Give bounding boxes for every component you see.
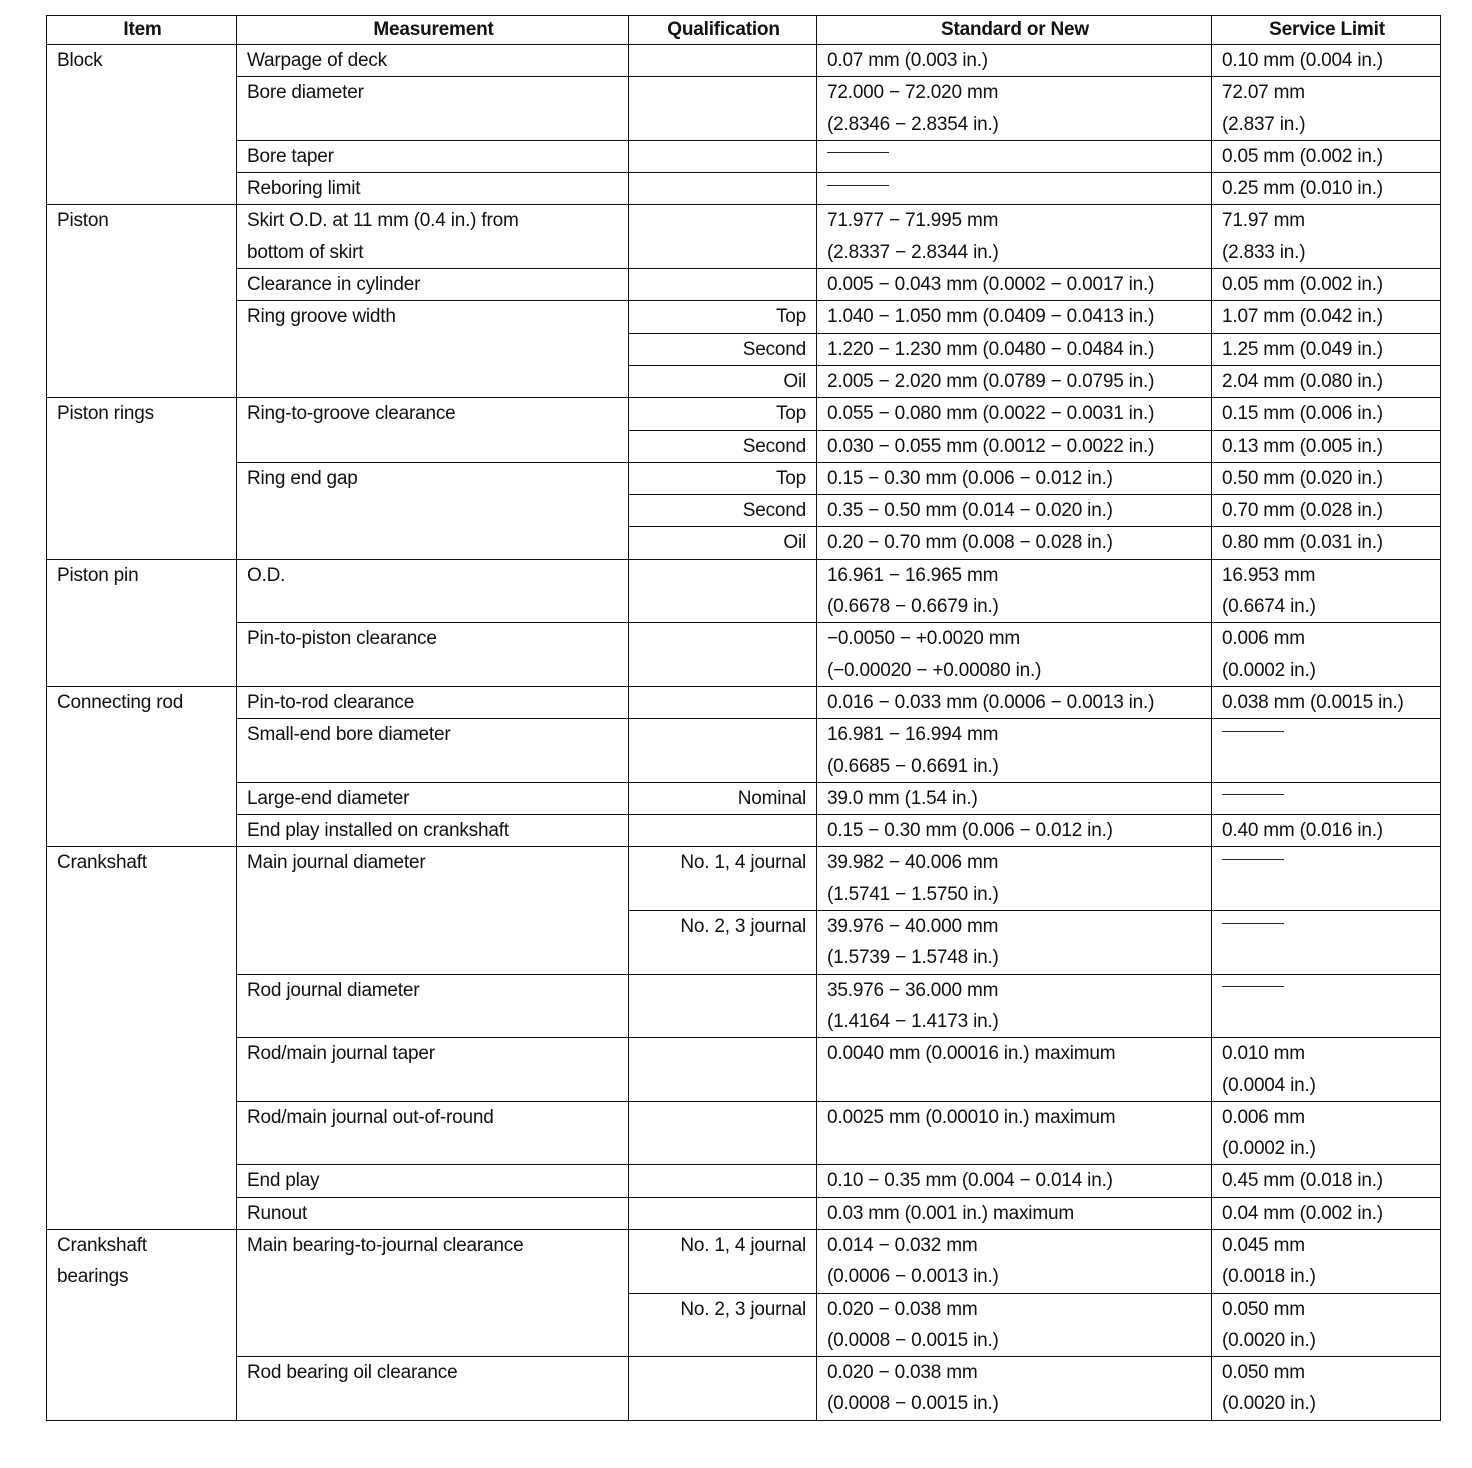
standard-value: 39.982 − 40.006 mm: [827, 847, 1203, 878]
qualification-cell: [629, 1038, 817, 1102]
service-limit-value: 0.050 mm: [1222, 1357, 1432, 1388]
qualification-cell: [629, 1101, 817, 1165]
qualification-cell: [629, 686, 817, 718]
standard-value: 0.030 − 0.055 mm (0.0012 − 0.0022 in.): [827, 431, 1203, 462]
not-applicable-dash: [827, 152, 889, 153]
standard-value: 35.976 − 36.000 mm: [827, 975, 1203, 1006]
measurement-cell: Runout: [237, 1197, 629, 1229]
measurement-label: Ring end gap: [247, 463, 620, 494]
standard-value: 16.961 − 16.965 mm: [827, 560, 1203, 591]
service-limit-cell: 0.10 mm (0.004 in.): [1212, 45, 1441, 77]
standard-value: 0.20 − 0.70 mm (0.008 − 0.028 in.): [827, 527, 1203, 558]
qualification-cell: [629, 1165, 817, 1197]
service-limit-value: 0.13 mm (0.005 in.): [1222, 431, 1432, 462]
measurement-cell: Clearance in cylinder: [237, 269, 629, 301]
qualification-label: [639, 687, 806, 718]
service-limit-value: 0.70 mm (0.028 in.): [1222, 495, 1432, 526]
standard-value: 0.0040 mm (0.00016 in.) maximum: [827, 1038, 1203, 1069]
qualification-cell: [629, 1197, 817, 1229]
qualification-label: [639, 815, 806, 846]
service-limit-value: 72.07 mm: [1222, 77, 1432, 108]
service-limit-value: (0.0018 in.): [1222, 1261, 1432, 1292]
measurement-cell: Rod bearing oil clearance: [237, 1357, 629, 1421]
service-limit-cell: [1212, 719, 1441, 783]
qualification-cell: No. 2, 3 journal: [629, 1293, 817, 1357]
standard-value: 0.15 − 0.30 mm (0.006 − 0.012 in.): [827, 463, 1203, 494]
qualification-cell: Second: [629, 333, 817, 365]
service-limit-cell: 0.80 mm (0.031 in.): [1212, 527, 1441, 559]
standard-value: (2.8337 − 2.8344 in.): [827, 237, 1203, 268]
measurement-cell: Skirt O.D. at 11 mm (0.4 in.) frombottom…: [237, 205, 629, 269]
service-limit-value: 0.25 mm (0.010 in.): [1222, 173, 1432, 204]
table-row: Pin-to-piston clearance−0.0050 − +0.0020…: [47, 623, 1441, 687]
measurement-cell: O.D.: [237, 559, 629, 623]
item-cell: Connecting rod: [47, 686, 237, 846]
standard-value: [827, 173, 1203, 204]
measurement-label: Skirt O.D. at 11 mm (0.4 in.) from: [247, 205, 620, 236]
service-limit-cell: 0.13 mm (0.005 in.): [1212, 430, 1441, 462]
standard-value-cell: [817, 140, 1212, 172]
measurement-label: Main bearing-to-journal clearance: [247, 1230, 620, 1261]
qualification-cell: [629, 559, 817, 623]
service-limit-value: 0.05 mm (0.002 in.): [1222, 141, 1432, 172]
measurement-cell: Bore taper: [237, 140, 629, 172]
measurement-cell: Ring-to-groove clearance: [237, 398, 629, 463]
not-applicable-dash: [1222, 794, 1284, 795]
service-limit-value: 0.050 mm: [1222, 1294, 1432, 1325]
measurement-label: Rod journal diameter: [247, 975, 620, 1006]
table-row: End play installed on crankshaft0.15 − 0…: [47, 815, 1441, 847]
measurement-label: Main journal diameter: [247, 847, 620, 878]
standard-value-cell: 72.000 − 72.020 mm(2.8346 − 2.8354 in.): [817, 77, 1212, 141]
table-row: BlockWarpage of deck0.07 mm (0.003 in.)0…: [47, 45, 1441, 77]
qualification-cell: [629, 77, 817, 141]
standard-value-cell: 0.35 − 0.50 mm (0.014 − 0.020 in.): [817, 495, 1212, 527]
qualification-label: Top: [639, 301, 806, 332]
qualification-cell: Second: [629, 495, 817, 527]
service-limit-value: 16.953 mm: [1222, 560, 1432, 591]
service-limit-cell: 71.97 mm(2.833 in.): [1212, 205, 1441, 269]
measurement-cell: End play: [237, 1165, 629, 1197]
not-applicable-dash: [1222, 986, 1284, 987]
standard-value: 0.016 − 0.033 mm (0.0006 − 0.0013 in.): [827, 687, 1203, 718]
not-applicable-dash: [1222, 859, 1284, 860]
service-limit-value: (2.833 in.): [1222, 237, 1432, 268]
qualification-label: No. 2, 3 journal: [639, 911, 806, 942]
qualification-label: [639, 45, 806, 76]
standard-value-cell: 0.03 mm (0.001 in.) maximum: [817, 1197, 1212, 1229]
measurement-cell: Pin-to-rod clearance: [237, 686, 629, 718]
measurement-cell: Bore diameter: [237, 77, 629, 141]
qualification-cell: No. 1, 4 journal: [629, 847, 817, 911]
standard-value-cell: 39.0 mm (1.54 in.): [817, 782, 1212, 814]
header-service-limit: Service Limit: [1212, 16, 1441, 45]
standard-value-cell: 16.961 − 16.965 mm(0.6678 − 0.6679 in.): [817, 559, 1212, 623]
qualification-label: [639, 1165, 806, 1196]
standard-value-cell: 0.10 − 0.35 mm (0.004 − 0.014 in.): [817, 1165, 1212, 1197]
measurement-cell: Ring end gap: [237, 462, 629, 559]
item-label: Connecting rod: [57, 687, 228, 718]
service-limit-value: (0.0020 in.): [1222, 1388, 1432, 1419]
service-limit-value: (0.6674 in.): [1222, 591, 1432, 622]
standard-value-cell: 35.976 − 36.000 mm(1.4164 − 1.4173 in.): [817, 974, 1212, 1038]
not-applicable-dash: [827, 185, 889, 186]
table-row: End play0.10 − 0.35 mm (0.004 − 0.014 in…: [47, 1165, 1441, 1197]
measurement-cell: Reboring limit: [237, 173, 629, 205]
qualification-cell: [629, 719, 817, 783]
table-row: Rod bearing oil clearance0.020 − 0.038 m…: [47, 1357, 1441, 1421]
table-row: CrankshaftbearingsMain bearing-to-journa…: [47, 1229, 1441, 1293]
qualification-cell: Top: [629, 398, 817, 430]
service-limit-cell: 0.40 mm (0.016 in.): [1212, 815, 1441, 847]
qualification-cell: Oil: [629, 527, 817, 559]
table-row: Runout0.03 mm (0.001 in.) maximum0.04 mm…: [47, 1197, 1441, 1229]
standard-value-cell: 0.020 − 0.038 mm(0.0008 − 0.0015 in.): [817, 1357, 1212, 1421]
service-limit-cell: 72.07 mm(2.837 in.): [1212, 77, 1441, 141]
header-row: Item Measurement Qualification Standard …: [47, 16, 1441, 45]
qualification-cell: [629, 1357, 817, 1421]
standard-value: [827, 1070, 1203, 1101]
service-limit-value: [1222, 911, 1432, 942]
service-limit-cell: 1.07 mm (0.042 in.): [1212, 301, 1441, 333]
measurement-cell: Ring groove width: [237, 301, 629, 398]
qualification-label: [639, 560, 806, 591]
measurement-label: Bore diameter: [247, 77, 620, 108]
qualification-cell: [629, 974, 817, 1038]
standard-value: 72.000 − 72.020 mm: [827, 77, 1203, 108]
table-row: CrankshaftMain journal diameterNo. 1, 4 …: [47, 847, 1441, 911]
service-limit-value: [1222, 942, 1432, 973]
service-limit-value: (0.0004 in.): [1222, 1070, 1432, 1101]
qualification-label: No. 2, 3 journal: [639, 1294, 806, 1325]
service-limit-value: [1222, 847, 1432, 878]
standard-value: (0.0006 − 0.0013 in.): [827, 1261, 1203, 1292]
header-measurement: Measurement: [237, 16, 629, 45]
standard-value-cell: 39.976 − 40.000 mm(1.5739 − 1.5748 in.): [817, 911, 1212, 975]
standard-value: 0.35 − 0.50 mm (0.014 − 0.020 in.): [827, 495, 1203, 526]
standard-value: 71.977 − 71.995 mm: [827, 205, 1203, 236]
standard-value-cell: 0.15 − 0.30 mm (0.006 − 0.012 in.): [817, 462, 1212, 494]
qualification-label: [639, 975, 806, 1006]
standard-value-cell: 0.055 − 0.080 mm (0.0022 − 0.0031 in.): [817, 398, 1212, 430]
table-row: Small-end bore diameter16.981 − 16.994 m…: [47, 719, 1441, 783]
qualification-label: No. 1, 4 journal: [639, 1230, 806, 1261]
qualification-cell: No. 2, 3 journal: [629, 911, 817, 975]
measurement-cell: Small-end bore diameter: [237, 719, 629, 783]
standard-value: [827, 1133, 1203, 1164]
service-limit-cell: 0.25 mm (0.010 in.): [1212, 173, 1441, 205]
standard-value-cell: 1.220 − 1.230 mm (0.0480 − 0.0484 in.): [817, 333, 1212, 365]
standard-value: 0.10 − 0.35 mm (0.004 − 0.014 in.): [827, 1165, 1203, 1196]
measurement-cell: End play installed on crankshaft: [237, 815, 629, 847]
qualification-label: No. 1, 4 journal: [639, 847, 806, 878]
qualification-cell: [629, 140, 817, 172]
service-limit-cell: 0.45 mm (0.018 in.): [1212, 1165, 1441, 1197]
standard-value-cell: 39.982 − 40.006 mm(1.5741 − 1.5750 in.): [817, 847, 1212, 911]
standard-value: 0.15 − 0.30 mm (0.006 − 0.012 in.): [827, 815, 1203, 846]
not-applicable-dash: [1222, 731, 1284, 732]
service-limit-cell: 0.038 mm (0.0015 in.): [1212, 686, 1441, 718]
table-row: Ring end gapTop0.15 − 0.30 mm (0.006 − 0…: [47, 462, 1441, 494]
service-limit-cell: 16.953 mm(0.6674 in.): [1212, 559, 1441, 623]
service-limit-value: 0.05 mm (0.002 in.): [1222, 269, 1432, 300]
service-limit-value: 2.04 mm (0.080 in.): [1222, 366, 1432, 397]
standard-value-cell: 0.20 − 0.70 mm (0.008 − 0.028 in.): [817, 527, 1212, 559]
table-row: Piston pinO.D.16.961 − 16.965 mm(0.6678 …: [47, 559, 1441, 623]
service-limit-cell: 0.006 mm(0.0002 in.): [1212, 1101, 1441, 1165]
qualification-label: Top: [639, 398, 806, 429]
qualification-cell: [629, 623, 817, 687]
item-cell: Crankshaftbearings: [47, 1229, 237, 1420]
qualification-label: [639, 1038, 806, 1069]
service-limit-value: 0.04 mm (0.002 in.): [1222, 1198, 1432, 1229]
standard-value-cell: −0.0050 − +0.0020 mm(−0.00020 − +0.00080…: [817, 623, 1212, 687]
standard-value: 2.005 − 2.020 mm (0.0789 − 0.0795 in.): [827, 366, 1203, 397]
header-qualification: Qualification: [629, 16, 817, 45]
service-limit-value: (0.0002 in.): [1222, 655, 1432, 686]
service-limit-cell: 0.05 mm (0.002 in.): [1212, 140, 1441, 172]
standard-value: [827, 141, 1203, 172]
standard-value: 0.055 − 0.080 mm (0.0022 − 0.0031 in.): [827, 398, 1203, 429]
service-limit-cell: 0.04 mm (0.002 in.): [1212, 1197, 1441, 1229]
table-row: Large-end diameterNominal39.0 mm (1.54 i…: [47, 782, 1441, 814]
table-row: PistonSkirt O.D. at 11 mm (0.4 in.) from…: [47, 205, 1441, 269]
measurement-label: Ring groove width: [247, 301, 620, 332]
qualification-cell: [629, 815, 817, 847]
standard-value-cell: 0.030 − 0.055 mm (0.0012 − 0.0022 in.): [817, 430, 1212, 462]
service-limit-value: 0.80 mm (0.031 in.): [1222, 527, 1432, 558]
qualification-cell: [629, 269, 817, 301]
table-row: Clearance in cylinder0.005 − 0.043 mm (0…: [47, 269, 1441, 301]
table-row: Connecting rodPin-to-rod clearance0.016 …: [47, 686, 1441, 718]
item-cell: Piston pin: [47, 559, 237, 686]
service-limit-cell: [1212, 782, 1441, 814]
standard-value: 0.020 − 0.038 mm: [827, 1294, 1203, 1325]
table-row: Reboring limit0.25 mm (0.010 in.): [47, 173, 1441, 205]
standard-value-cell: 0.014 − 0.032 mm(0.0006 − 0.0013 in.): [817, 1229, 1212, 1293]
table-row: Bore taper0.05 mm (0.002 in.): [47, 140, 1441, 172]
service-limit-value: [1222, 879, 1432, 910]
standard-value-cell: 1.040 − 1.050 mm (0.0409 − 0.0413 in.): [817, 301, 1212, 333]
qualification-label: Second: [639, 431, 806, 462]
standard-value: 1.040 − 1.050 mm (0.0409 − 0.0413 in.): [827, 301, 1203, 332]
service-limit-value: 1.07 mm (0.042 in.): [1222, 301, 1432, 332]
item-label: Crankshaft: [57, 1230, 228, 1261]
qualification-label: Second: [639, 334, 806, 365]
measurement-label: Warpage of deck: [247, 45, 620, 76]
service-limit-value: 0.006 mm: [1222, 623, 1432, 654]
item-cell: Piston rings: [47, 398, 237, 559]
standard-value-cell: [817, 173, 1212, 205]
service-limit-cell: 0.006 mm(0.0002 in.): [1212, 623, 1441, 687]
measurement-label: Ring-to-groove clearance: [247, 398, 620, 429]
service-limit-value: [1222, 751, 1432, 782]
service-limit-value: 0.038 mm (0.0015 in.): [1222, 687, 1432, 718]
qualification-label: [639, 173, 806, 204]
service-limit-value: 71.97 mm: [1222, 205, 1432, 236]
service-limit-value: (0.0020 in.): [1222, 1325, 1432, 1356]
item-label: Piston pin: [57, 560, 228, 591]
standard-value: 0.07 mm (0.003 in.): [827, 45, 1203, 76]
measurement-label: Runout: [247, 1198, 620, 1229]
measurement-cell: Warpage of deck: [237, 45, 629, 77]
qualification-label: [639, 269, 806, 300]
qualification-label: Oil: [639, 527, 806, 558]
qualification-cell: [629, 45, 817, 77]
qualification-label: [639, 1357, 806, 1388]
measurement-label: bottom of skirt: [247, 237, 620, 268]
service-limit-cell: [1212, 911, 1441, 975]
item-label: Crankshaft: [57, 847, 228, 878]
qualification-cell: Top: [629, 301, 817, 333]
qualification-cell: No. 1, 4 journal: [629, 1229, 817, 1293]
table-row: Ring groove widthTop1.040 − 1.050 mm (0.…: [47, 301, 1441, 333]
standard-value: (2.8346 − 2.8354 in.): [827, 109, 1203, 140]
standard-value: 39.0 mm (1.54 in.): [827, 783, 1203, 814]
item-label: bearings: [57, 1261, 228, 1292]
measurement-cell: Main journal diameter: [237, 847, 629, 974]
header-standard-or-new: Standard or New: [817, 16, 1212, 45]
service-limit-value: 0.15 mm (0.006 in.): [1222, 398, 1432, 429]
service-limit-cell: 0.15 mm (0.006 in.): [1212, 398, 1441, 430]
measurement-label: Rod/main journal out-of-round: [247, 1102, 620, 1133]
measurement-cell: Rod/main journal out-of-round: [237, 1101, 629, 1165]
table-row: Rod journal diameter35.976 − 36.000 mm(1…: [47, 974, 1441, 1038]
standard-value-cell: 0.0025 mm (0.00010 in.) maximum: [817, 1101, 1212, 1165]
not-applicable-dash: [1222, 923, 1284, 924]
service-limit-cell: 0.045 mm(0.0018 in.): [1212, 1229, 1441, 1293]
service-limit-cell: 0.70 mm (0.028 in.): [1212, 495, 1441, 527]
service-limit-value: 0.10 mm (0.004 in.): [1222, 45, 1432, 76]
qualification-label: Second: [639, 495, 806, 526]
qualification-label: [639, 1198, 806, 1229]
qualification-label: [639, 719, 806, 750]
standard-value-cell: 2.005 − 2.020 mm (0.0789 − 0.0795 in.): [817, 365, 1212, 397]
standard-value: (0.0008 − 0.0015 in.): [827, 1325, 1203, 1356]
service-limit-value: 0.006 mm: [1222, 1102, 1432, 1133]
service-limit-value: (0.0002 in.): [1222, 1133, 1432, 1164]
service-limit-value: [1222, 783, 1432, 814]
service-limit-cell: 0.010 mm(0.0004 in.): [1212, 1038, 1441, 1102]
standard-value-cell: 0.016 − 0.033 mm (0.0006 − 0.0013 in.): [817, 686, 1212, 718]
service-limit-cell: 0.05 mm (0.002 in.): [1212, 269, 1441, 301]
measurement-cell: Rod/main journal taper: [237, 1038, 629, 1102]
standard-value: (1.4164 − 1.4173 in.): [827, 1006, 1203, 1037]
service-limit-value: 0.45 mm (0.018 in.): [1222, 1165, 1432, 1196]
service-limit-cell: 0.050 mm(0.0020 in.): [1212, 1293, 1441, 1357]
service-limit-cell: 0.050 mm(0.0020 in.): [1212, 1357, 1441, 1421]
qualification-label: [639, 141, 806, 172]
measurement-label: Large-end diameter: [247, 783, 620, 814]
standard-value: 16.981 − 16.994 mm: [827, 719, 1203, 750]
service-limit-cell: [1212, 974, 1441, 1038]
service-limit-value: [1222, 975, 1432, 1006]
measurement-cell: Large-end diameter: [237, 782, 629, 814]
standard-value-cell: 0.020 − 0.038 mm(0.0008 − 0.0015 in.): [817, 1293, 1212, 1357]
qualification-label: [639, 205, 806, 236]
qualification-cell: Second: [629, 430, 817, 462]
standard-value: (0.6685 − 0.6691 in.): [827, 751, 1203, 782]
standard-value: 39.976 − 40.000 mm: [827, 911, 1203, 942]
standard-value: (0.0008 − 0.0015 in.): [827, 1388, 1203, 1419]
service-limit-value: 0.045 mm: [1222, 1230, 1432, 1261]
standard-value: 0.005 − 0.043 mm (0.0002 − 0.0017 in.): [827, 269, 1203, 300]
measurement-label: End play: [247, 1165, 620, 1196]
measurement-label: Pin-to-piston clearance: [247, 623, 620, 654]
qualification-label: [639, 623, 806, 654]
qualification-label: [639, 1102, 806, 1133]
qualification-label: Nominal: [639, 783, 806, 814]
standard-value-cell: 0.07 mm (0.003 in.): [817, 45, 1212, 77]
table-row: Bore diameter72.000 − 72.020 mm(2.8346 −…: [47, 77, 1441, 141]
measurement-label: O.D.: [247, 560, 620, 591]
service-limit-value: 1.25 mm (0.049 in.): [1222, 334, 1432, 365]
service-limit-value: 0.010 mm: [1222, 1038, 1432, 1069]
service-limit-cell: 0.50 mm (0.020 in.): [1212, 462, 1441, 494]
item-cell: Block: [47, 45, 237, 205]
measurement-label: Reboring limit: [247, 173, 620, 204]
standard-value-cell: 0.15 − 0.30 mm (0.006 − 0.012 in.): [817, 815, 1212, 847]
standard-value-cell: 16.981 − 16.994 mm(0.6685 − 0.6691 in.): [817, 719, 1212, 783]
qualification-label: Oil: [639, 366, 806, 397]
standard-value-cell: 71.977 − 71.995 mm(2.8337 − 2.8344 in.): [817, 205, 1212, 269]
table-row: Rod/main journal out-of-round0.0025 mm (…: [47, 1101, 1441, 1165]
measurement-cell: Pin-to-piston clearance: [237, 623, 629, 687]
standard-value: 0.020 − 0.038 mm: [827, 1357, 1203, 1388]
standard-value: 1.220 − 1.230 mm (0.0480 − 0.0484 in.): [827, 334, 1203, 365]
measurement-label: Pin-to-rod clearance: [247, 687, 620, 718]
measurement-label: Bore taper: [247, 141, 620, 172]
standard-value-cell: 0.0040 mm (0.00016 in.) maximum: [817, 1038, 1212, 1102]
standard-value: −0.0050 − +0.0020 mm: [827, 623, 1203, 654]
standard-value: (1.5739 − 1.5748 in.): [827, 942, 1203, 973]
service-limit-value: (2.837 in.): [1222, 109, 1432, 140]
standard-value-cell: 0.005 − 0.043 mm (0.0002 − 0.0017 in.): [817, 269, 1212, 301]
table-row: Piston ringsRing-to-groove clearanceTop0…: [47, 398, 1441, 430]
qualification-cell: Oil: [629, 365, 817, 397]
qualification-cell: [629, 173, 817, 205]
measurement-label: Clearance in cylinder: [247, 269, 620, 300]
standard-value: (−0.00020 − +0.00080 in.): [827, 655, 1203, 686]
measurement-label: Rod/main journal taper: [247, 1038, 620, 1069]
standard-value: (0.6678 − 0.6679 in.): [827, 591, 1203, 622]
qualification-cell: [629, 205, 817, 269]
service-limit-cell: 2.04 mm (0.080 in.): [1212, 365, 1441, 397]
qualification-label: Top: [639, 463, 806, 494]
standard-value: 0.014 − 0.032 mm: [827, 1230, 1203, 1261]
item-label: Block: [57, 45, 228, 76]
qualification-cell: Nominal: [629, 782, 817, 814]
item-cell: Piston: [47, 205, 237, 398]
measurement-label: Small-end bore diameter: [247, 719, 620, 750]
item-label: Piston rings: [57, 398, 228, 429]
standard-value: 0.0025 mm (0.00010 in.) maximum: [827, 1102, 1203, 1133]
table-row: Rod/main journal taper0.0040 mm (0.00016…: [47, 1038, 1441, 1102]
table-body: BlockWarpage of deck0.07 mm (0.003 in.)0…: [47, 45, 1441, 1421]
qualification-cell: Top: [629, 462, 817, 494]
header-item: Item: [47, 16, 237, 45]
service-limit-value: [1222, 1006, 1432, 1037]
item-label: Piston: [57, 205, 228, 236]
qualification-label: [639, 77, 806, 108]
measurement-label: Rod bearing oil clearance: [247, 1357, 620, 1388]
item-cell: Crankshaft: [47, 847, 237, 1230]
measurement-cell: Main bearing-to-journal clearance: [237, 1229, 629, 1356]
standard-value: (1.5741 − 1.5750 in.): [827, 879, 1203, 910]
engine-spec-table: Item Measurement Qualification Standard …: [46, 15, 1441, 1421]
measurement-cell: Rod journal diameter: [237, 974, 629, 1038]
service-limit-value: 0.50 mm (0.020 in.): [1222, 463, 1432, 494]
